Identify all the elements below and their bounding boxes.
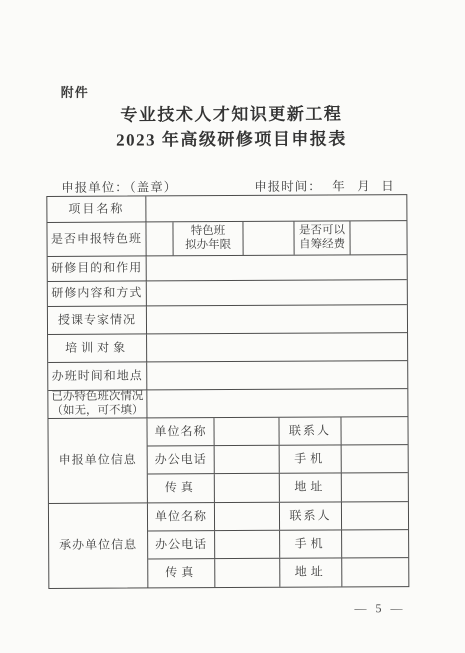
attachment-label: 附件 [61, 82, 89, 101]
special-years-label: 特色班 拟办年限 [173, 222, 243, 255]
history-label-line1: 已办特色班次情况 [51, 390, 143, 404]
office-phone-label: 办公电话 [148, 531, 215, 558]
meta-row: 申报单位： （盖章） 申报时间： 年 月 日 [61, 176, 434, 194]
project-name-label: 项目名称 [47, 196, 146, 222]
organizer-address-field[interactable] [342, 558, 408, 586]
content-method-label: 研修内容和方式 [48, 281, 147, 306]
unit-name-label: 单位名称 [148, 503, 215, 530]
trainees-field[interactable] [147, 333, 407, 361]
application-form-table: 项目名称 是否申报特色班 特色班 拟办年限 是否可以 自筹经费 研修目的和作用 [46, 194, 409, 589]
content-method-field[interactable] [147, 280, 407, 305]
applicant-row-1: 单位名称 联系人 [147, 417, 407, 446]
self-fund-label-line1: 是否可以 [299, 224, 345, 238]
mobile-label: 手机 [280, 445, 342, 472]
organizer-info-block: 承办单位信息 单位名称 联系人 办公电话 手机 [49, 502, 408, 588]
special-years-label-line1: 特色班 [191, 225, 226, 239]
seal-note: （盖章） [123, 177, 177, 195]
address-label: 地址 [280, 558, 342, 586]
contact-label: 联系人 [280, 502, 342, 529]
applicant-info-label: 申报单位信息 [48, 418, 147, 503]
applicant-address-field[interactable] [342, 473, 408, 501]
row-history: 已办特色班次情况 （如无，可不填） [48, 389, 407, 419]
scanned-form-page: 附件 专业技术人才知识更新工程 2023 年高级研修项目申报表 申报单位： （盖… [0, 0, 465, 653]
unit-name-label: 单位名称 [147, 418, 214, 445]
organizer-unit-name-field[interactable] [215, 503, 280, 530]
self-fund-field[interactable] [350, 221, 406, 254]
history-label: 已办特色班次情况 （如无，可不填） [48, 390, 147, 418]
experts-field[interactable] [147, 305, 407, 333]
self-fund-label-line2: 自筹经费 [299, 238, 345, 252]
project-name-field[interactable] [146, 195, 406, 221]
organizer-contact-field[interactable] [342, 502, 408, 529]
month-label: 月 [357, 176, 371, 194]
history-field[interactable] [147, 389, 407, 417]
applicant-unit-name-field[interactable] [214, 418, 279, 445]
contact-label: 联系人 [279, 417, 341, 444]
applicant-info-rows: 单位名称 联系人 办公电话 手机 传真 地址 [147, 417, 407, 502]
page-number: — 5 — [354, 601, 405, 616]
special-class-label: 是否申报特色班 [47, 222, 146, 256]
applicant-fax-field[interactable] [215, 474, 280, 502]
form-title-line2: 2023 年高级研修项目申报表 [0, 124, 464, 151]
trainees-label: 培训对象 [48, 334, 147, 362]
time-place-field[interactable] [147, 361, 407, 389]
purpose-field[interactable] [147, 255, 407, 280]
special-years-label-line2: 拟办年限 [185, 239, 231, 253]
mobile-label: 手机 [280, 530, 342, 557]
row-special-class: 是否申报特色班 特色班 拟办年限 是否可以 自筹经费 [47, 221, 406, 257]
organizer-office-phone-field[interactable] [215, 531, 280, 558]
row-content-method: 研修内容和方式 [48, 280, 407, 307]
organizer-row-3: 传真 地址 [148, 558, 408, 587]
fax-label: 传真 [148, 559, 215, 587]
applicant-contact-field[interactable] [341, 417, 407, 444]
applicant-mobile-field[interactable] [342, 445, 408, 472]
time-place-label: 办班时间和地点 [48, 362, 147, 390]
form-title-line1: 专业技术人才知识更新工程 [0, 99, 464, 126]
experts-label: 授课专家情况 [48, 306, 147, 334]
organizer-info-label: 承办单位信息 [49, 503, 148, 588]
row-project-name: 项目名称 [47, 195, 406, 223]
office-phone-label: 办公电话 [148, 446, 215, 473]
row-experts: 授课专家情况 [48, 305, 407, 335]
row-time-place: 办班时间和地点 [48, 361, 407, 391]
row-purpose: 研修目的和作用 [48, 255, 407, 282]
fax-label: 传真 [148, 474, 215, 502]
year-label: 年 [332, 176, 346, 194]
special-class-field[interactable] [146, 222, 173, 255]
organizer-row-1: 单位名称 联系人 [148, 502, 408, 531]
organizer-row-2: 办公电话 手机 [148, 530, 408, 559]
organizer-info-rows: 单位名称 联系人 办公电话 手机 传真 地址 [148, 502, 408, 587]
organizer-mobile-field[interactable] [342, 530, 408, 557]
applicant-info-block: 申报单位信息 单位名称 联系人 办公电话 手机 [48, 417, 407, 504]
organizer-fax-field[interactable] [215, 559, 280, 587]
applicant-office-phone-field[interactable] [215, 446, 280, 473]
applicant-row-3: 传真 地址 [148, 473, 408, 502]
purpose-label: 研修目的和作用 [48, 256, 147, 281]
row-trainees: 培训对象 [48, 333, 407, 363]
application-time-label: 申报时间： [254, 177, 322, 195]
special-years-field[interactable] [243, 222, 294, 255]
applicant-unit-label: 申报单位： [61, 178, 129, 196]
applicant-row-2: 办公电话 手机 [148, 445, 408, 474]
page-content: 附件 专业技术人才知识更新工程 2023 年高级研修项目申报表 申报单位： （盖… [0, 0, 465, 653]
address-label: 地址 [280, 473, 342, 501]
history-label-line2: （如无，可不填） [51, 404, 143, 418]
day-label: 日 [381, 176, 395, 194]
self-fund-label: 是否可以 自筹经费 [294, 221, 350, 254]
